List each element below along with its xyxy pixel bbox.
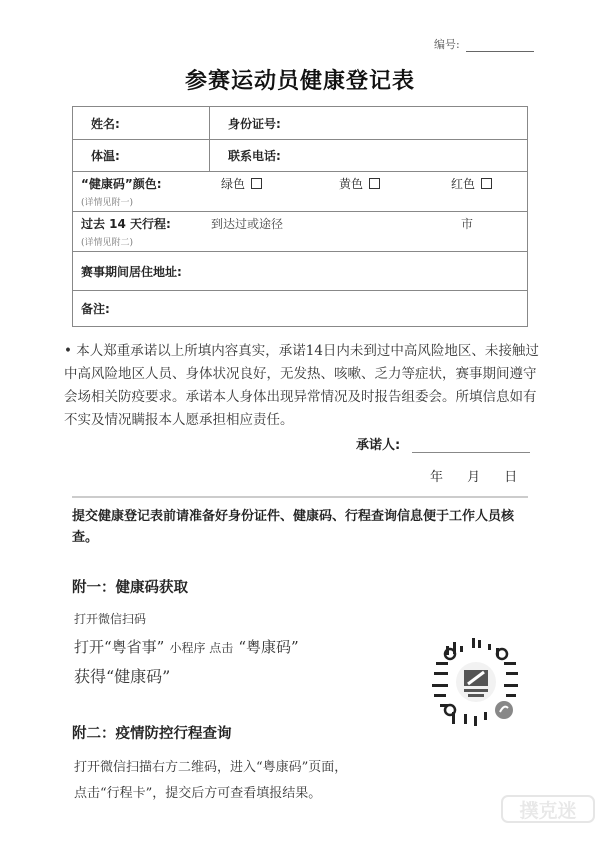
name-field[interactable]: 姓名: bbox=[73, 107, 210, 140]
serial-field[interactable] bbox=[466, 41, 534, 52]
page-title: 参赛运动员健康登记表 bbox=[0, 64, 600, 95]
phone-field[interactable]: 联系电话: bbox=[210, 140, 528, 172]
remarks-field[interactable]: 备注: bbox=[73, 291, 528, 327]
appendix1-step2: 打开“粤省事” 小程序 点击 “粤康码” bbox=[74, 636, 299, 657]
appendix2-title: 附二：疫情防控行程查询 bbox=[72, 722, 232, 743]
temperature-field[interactable]: 体温: bbox=[73, 140, 210, 172]
appendix1-step1: 打开微信扫码 bbox=[74, 610, 146, 627]
registration-form: 姓名: 身份证号: 体温: 联系电话: “健康码”颜色: (详情见附一) 绿色 … bbox=[72, 106, 528, 327]
red-option[interactable]: 红色 bbox=[451, 175, 492, 192]
address-field[interactable]: 赛事期间居住地址: bbox=[73, 252, 528, 291]
signature-field[interactable] bbox=[412, 452, 530, 453]
signer-label: 承诺人: bbox=[356, 434, 400, 453]
qr-code-icon bbox=[426, 632, 526, 732]
serial-number: 编号: bbox=[434, 36, 534, 52]
serial-label: 编号: bbox=[434, 38, 460, 51]
yellow-option[interactable]: 黄色 bbox=[339, 175, 451, 192]
date-field: 年 月 日 bbox=[430, 466, 517, 485]
watermark-logo: 撲克迷 bbox=[500, 790, 596, 826]
qr-code[interactable] bbox=[426, 632, 526, 732]
appendix2-line2: 点击“行程卡”，提交后方可查看填报结果。 bbox=[74, 782, 321, 801]
green-option[interactable]: 绿色 bbox=[211, 175, 339, 192]
trip-row[interactable]: 过去 14 天行程: (详情见附二) 到达过或途径 市 bbox=[73, 212, 528, 252]
health-code-row: “健康码”颜色: (详情见附一) 绿色 黄色 红色 bbox=[73, 172, 528, 212]
appendix1-title: 附一：健康码获取 bbox=[72, 576, 188, 597]
appendix1-step3: 获得“健康码” bbox=[74, 664, 170, 687]
yellow-checkbox[interactable] bbox=[369, 178, 380, 189]
red-checkbox[interactable] bbox=[481, 178, 492, 189]
id-field[interactable]: 身份证号: bbox=[210, 107, 528, 140]
notice-text: 提交健康登记表前请准备好身份证件、健康码、行程查询信息便于工作人员核查。 bbox=[72, 506, 532, 548]
divider bbox=[72, 496, 528, 498]
pledge-text: • 本人郑重承诺以上所填内容真实，承诺14日内未到过中高风险地区、未接触过中高风… bbox=[64, 340, 544, 432]
green-checkbox[interactable] bbox=[251, 178, 262, 189]
appendix2-line1: 打开微信扫描右方二维码，进入“粤康码”页面， bbox=[74, 756, 347, 775]
